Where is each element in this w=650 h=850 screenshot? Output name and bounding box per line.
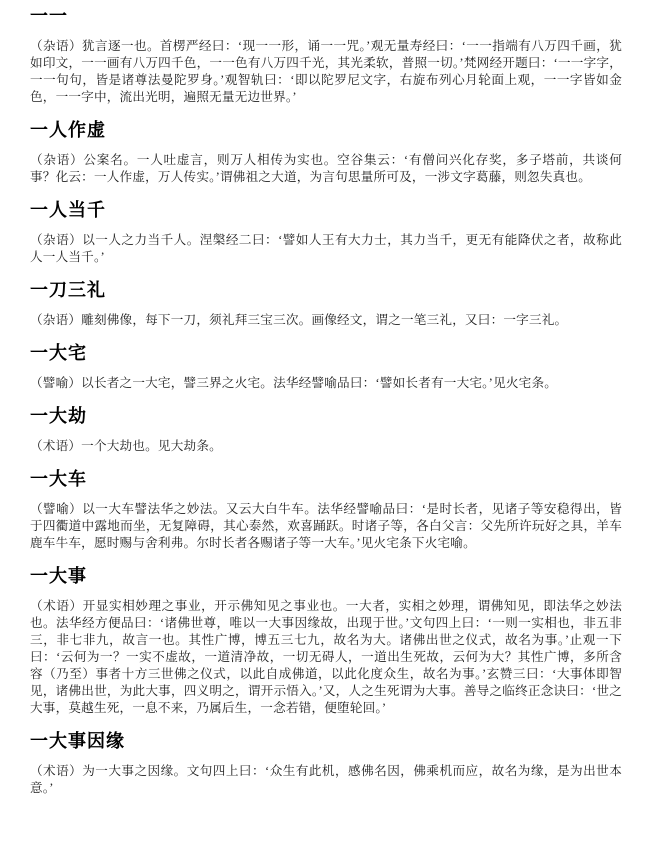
entry-body: （杂语）以一人之力当千人。涅槃经二曰：‘譬如人王有大力士，其力当千，更无有能降伏… <box>30 232 622 266</box>
entry-yiyi: 一一 （杂语）犹言逐一也。首楞严经曰：‘现一一形，诵一一咒。’观无量寿经曰：‘一… <box>30 6 622 106</box>
entry-body: （术语）开显实相妙理之事业，开示佛知见之事业也。一大者，实相之妙理，谓佛知见，即… <box>30 598 622 717</box>
entry-term: 一大事因缘 <box>30 731 622 751</box>
entry-yidashiyinyuan: 一大事因缘 （术语）为一大事之因缘。文句四上曰：‘众生有此机，感佛名因，佛乘机而… <box>30 731 622 797</box>
entry-yidashi: 一大事 （术语）开显实相妙理之事业，开示佛知见之事业也。一大者，实相之妙理，谓佛… <box>30 566 622 717</box>
entry-term: 一人作虚 <box>30 120 622 140</box>
entry-term: 一大劫 <box>30 406 622 426</box>
entry-yidajie: 一大劫 （术语）一个大劫也。见大劫条。 <box>30 406 622 455</box>
entry-body: （术语）为一大事之因缘。文句四上曰：‘众生有此机，感佛名因，佛乘机而应，故名为缘… <box>30 763 622 797</box>
entry-body: （杂语）雕刻佛像，每下一刀，须礼拜三宝三次。画像经文，谓之一笔三礼，又曰：一字三… <box>30 312 622 329</box>
entry-yidazhai: 一大宅 （譬喻）以长者之一大宅，譬三界之火宅。法华经譬喻品曰：‘譬如长者有一大宅… <box>30 343 622 392</box>
entry-term: 一大事 <box>30 566 622 586</box>
entry-term: 一大车 <box>30 469 622 489</box>
entry-term: 一刀三礼 <box>30 280 622 300</box>
entry-term: 一人当千 <box>30 200 622 220</box>
entry-body: （术语）一个大劫也。见大劫条。 <box>30 438 622 455</box>
entry-term: 一大宅 <box>30 343 622 363</box>
entry-term: 一一 <box>30 6 622 26</box>
entry-body: （譬喻）以长者之一大宅，譬三界之火宅。法华经譬喻品曰：‘譬如长者有一大宅。’见火… <box>30 375 622 392</box>
entry-yirenzuoxu: 一人作虚 （杂语）公案名。一人吐虚言，则万人相传为实也。空谷集云：‘有僧问兴化存… <box>30 120 622 186</box>
entry-yidaosanli: 一刀三礼 （杂语）雕刻佛像，每下一刀，须礼拜三宝三次。画像经文，谓之一笔三礼，又… <box>30 280 622 329</box>
dictionary-page: 一一 （杂语）犹言逐一也。首楞严经曰：‘现一一形，诵一一咒。’观无量寿经曰：‘一… <box>30 6 622 797</box>
entry-body: （杂语）公案名。一人吐虚言，则万人相传为实也。空谷集云：‘有僧问兴化存奖，多子塔… <box>30 152 622 186</box>
entry-yidache: 一大车 （譬喻）以一大车譬法华之妙法。又云大白牛车。法华经譬喻品曰：‘是时长者，… <box>30 469 622 552</box>
entry-body: （杂语）犹言逐一也。首楞严经曰：‘现一一形，诵一一咒。’观无量寿经曰：‘一一指端… <box>30 38 622 106</box>
entry-body: （譬喻）以一大车譬法华之妙法。又云大白牛车。法华经譬喻品曰：‘是时长者，见诸子等… <box>30 501 622 552</box>
entry-yirendangqian: 一人当千 （杂语）以一人之力当千人。涅槃经二曰：‘譬如人王有大力士，其力当千，更… <box>30 200 622 266</box>
